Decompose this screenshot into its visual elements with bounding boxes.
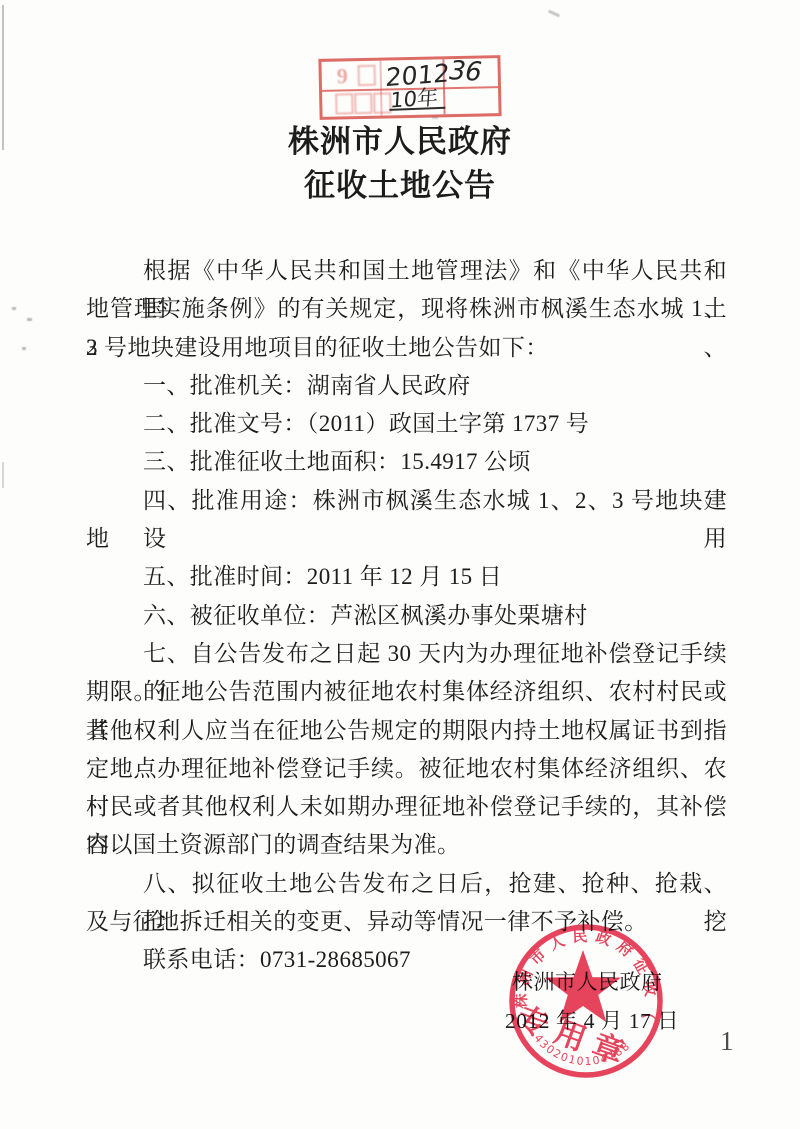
- faint-print-mark: [354, 93, 372, 114]
- page-title-line-2: 征收土地公告: [0, 164, 800, 208]
- text-line: 三、批准征收土地面积：15.4917 公顷: [86, 443, 727, 481]
- scan-speck: [27, 318, 32, 321]
- official-seal: 株洲市人民政府征收（征用）土地 4302010104788 专用章: [504, 919, 668, 1083]
- text-line: 地管理实施条例》的有关规定，现将株洲市枫溪生态水城 1、2、: [86, 290, 727, 328]
- document-title: 株洲市人民政府 征收土地公告: [0, 120, 800, 208]
- scan-speck: [12, 307, 16, 310]
- text-line: 容以国土资源部门的调查结果为准。: [86, 826, 727, 864]
- body-lines: 根据《中华人民共和国土地管理法》和《中华人民共和国土地管理实施条例》的有关规定，…: [86, 252, 727, 980]
- text-line: 五、批准时间：2011 年 12 月 15 日: [86, 558, 727, 596]
- page-title-line-1: 株洲市人民政府: [0, 120, 800, 164]
- faint-print-mark: [358, 65, 376, 86]
- text-line: 八、拟征收土地公告发布之日后，抢建、抢种、抢栽、抢挖: [86, 865, 727, 903]
- faint-print-mark: [335, 93, 353, 114]
- text-line: 四、批准用途：株洲市枫溪生态水城 1、2、3 号地块建设用: [86, 482, 727, 520]
- faint-print-mark: 9: [337, 65, 348, 87]
- scan-speck: [548, 10, 560, 18]
- page-number: 1: [720, 1026, 734, 1057]
- receipt-stamp-box: 9 2012 36 10年: [318, 55, 501, 120]
- text-line: 一、批准机关：湖南省人民政府: [86, 367, 727, 405]
- document-page: 9 2012 36 10年 株洲市人民政府 征收土地公告 根据《中华人民共和国土…: [0, 0, 800, 1129]
- text-line: 村民或者其他权利人未如期办理征地补偿登记手续的，其补偿内: [86, 788, 727, 826]
- text-line: 期限。征地公告范围内被征地农村集体经济组织、农村村民或者: [86, 673, 727, 711]
- text-line: 二、批准文号：（2011）政国土字第 1737 号: [86, 405, 727, 443]
- scan-speck: [22, 347, 26, 350]
- text-line: 定地点办理征地补偿登记手续。被征地农村集体经济组织、农村: [86, 750, 727, 788]
- text-line: 六、被征收单位：芦淞区枫溪办事处栗塘村: [86, 597, 727, 635]
- text-line: 根据《中华人民共和国土地管理法》和《中华人民共和国土: [86, 252, 727, 290]
- text-line: 七、自公告发布之日起 30 天内为办理征地补偿登记手续的: [86, 635, 727, 673]
- handwritten-serial: 36: [446, 58, 485, 86]
- text-line: 其他权利人应当在征地公告规定的期限内持土地权属证书到指: [86, 712, 727, 750]
- scan-edge-line: [2, 462, 4, 488]
